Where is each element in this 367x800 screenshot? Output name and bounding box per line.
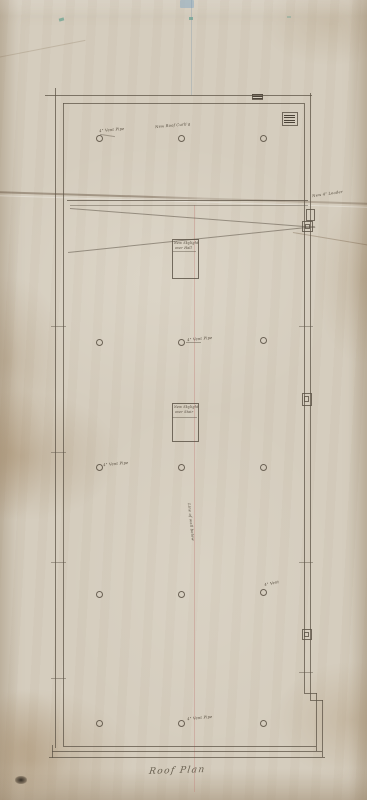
vent-circle xyxy=(178,135,185,142)
wall-tick xyxy=(299,672,313,673)
sheet-title: Roof Plan xyxy=(148,765,206,777)
vent-circle xyxy=(178,591,185,598)
chimney-flue-lower xyxy=(284,119,295,123)
leader-box-upper xyxy=(306,209,315,221)
wall-bottom-inner xyxy=(63,746,316,747)
vent-circle xyxy=(260,589,267,596)
vent-circle xyxy=(178,339,185,346)
vent-circle xyxy=(260,135,267,142)
drain-box-mid-inner xyxy=(304,396,309,402)
annotation-skylight-lower-1: New Skylight xyxy=(174,405,199,409)
corner-blot xyxy=(15,776,27,784)
wall-tick xyxy=(299,562,313,563)
crayon-tick-right xyxy=(287,16,291,18)
wall-left-inner xyxy=(63,103,64,746)
vent-circle xyxy=(96,720,103,727)
divider-line-1 xyxy=(67,200,308,201)
vent-circle xyxy=(260,464,267,471)
wall-tick xyxy=(51,678,66,679)
divider-line-2 xyxy=(70,205,308,206)
skylight-upper-rule xyxy=(173,251,196,252)
wall-top-outer xyxy=(45,95,312,96)
wall-tick xyxy=(299,326,313,327)
vertical-fold-line-top xyxy=(191,0,192,95)
wall-tick xyxy=(51,562,66,563)
wall-step-outer-v xyxy=(322,700,323,757)
vent-circle xyxy=(96,339,103,346)
vent-circle xyxy=(260,337,267,344)
vent-circle xyxy=(260,720,267,727)
wall-bottom-outer xyxy=(49,757,325,758)
wall-step-inner-v xyxy=(316,693,317,751)
scanned-drawing-sheet: 4" Vent Pipe New Roof Curb'g New 4" Lead… xyxy=(0,0,367,800)
roof-vent-top-wall xyxy=(252,94,263,100)
chimney-flue-upper xyxy=(284,114,295,118)
annotation-tail xyxy=(186,342,201,343)
wall-tick xyxy=(51,326,66,327)
vent-circle xyxy=(96,464,103,471)
vent-circle xyxy=(96,591,103,598)
wall-bottom-mid xyxy=(52,751,322,752)
wall-top-inner xyxy=(63,103,304,104)
vent-circle xyxy=(178,720,185,727)
vent-circle xyxy=(178,464,185,471)
annotation-skylight-upper-2: over Hall xyxy=(175,246,192,250)
annotation-skylight-upper-1: New Skylight xyxy=(174,241,199,245)
skylight-upper-outline xyxy=(172,239,199,279)
drain-box-upper-inner xyxy=(305,224,310,229)
vent-circle xyxy=(96,135,103,142)
center-line xyxy=(194,205,195,792)
drain-box-low-inner xyxy=(304,632,309,637)
wall-bottom-left-step xyxy=(52,745,53,758)
wall-tick xyxy=(51,452,66,453)
skylight-lower-rule xyxy=(172,417,197,418)
wall-left-outer xyxy=(55,88,56,748)
annotation-skylight-lower-2: over Stair xyxy=(175,410,193,414)
